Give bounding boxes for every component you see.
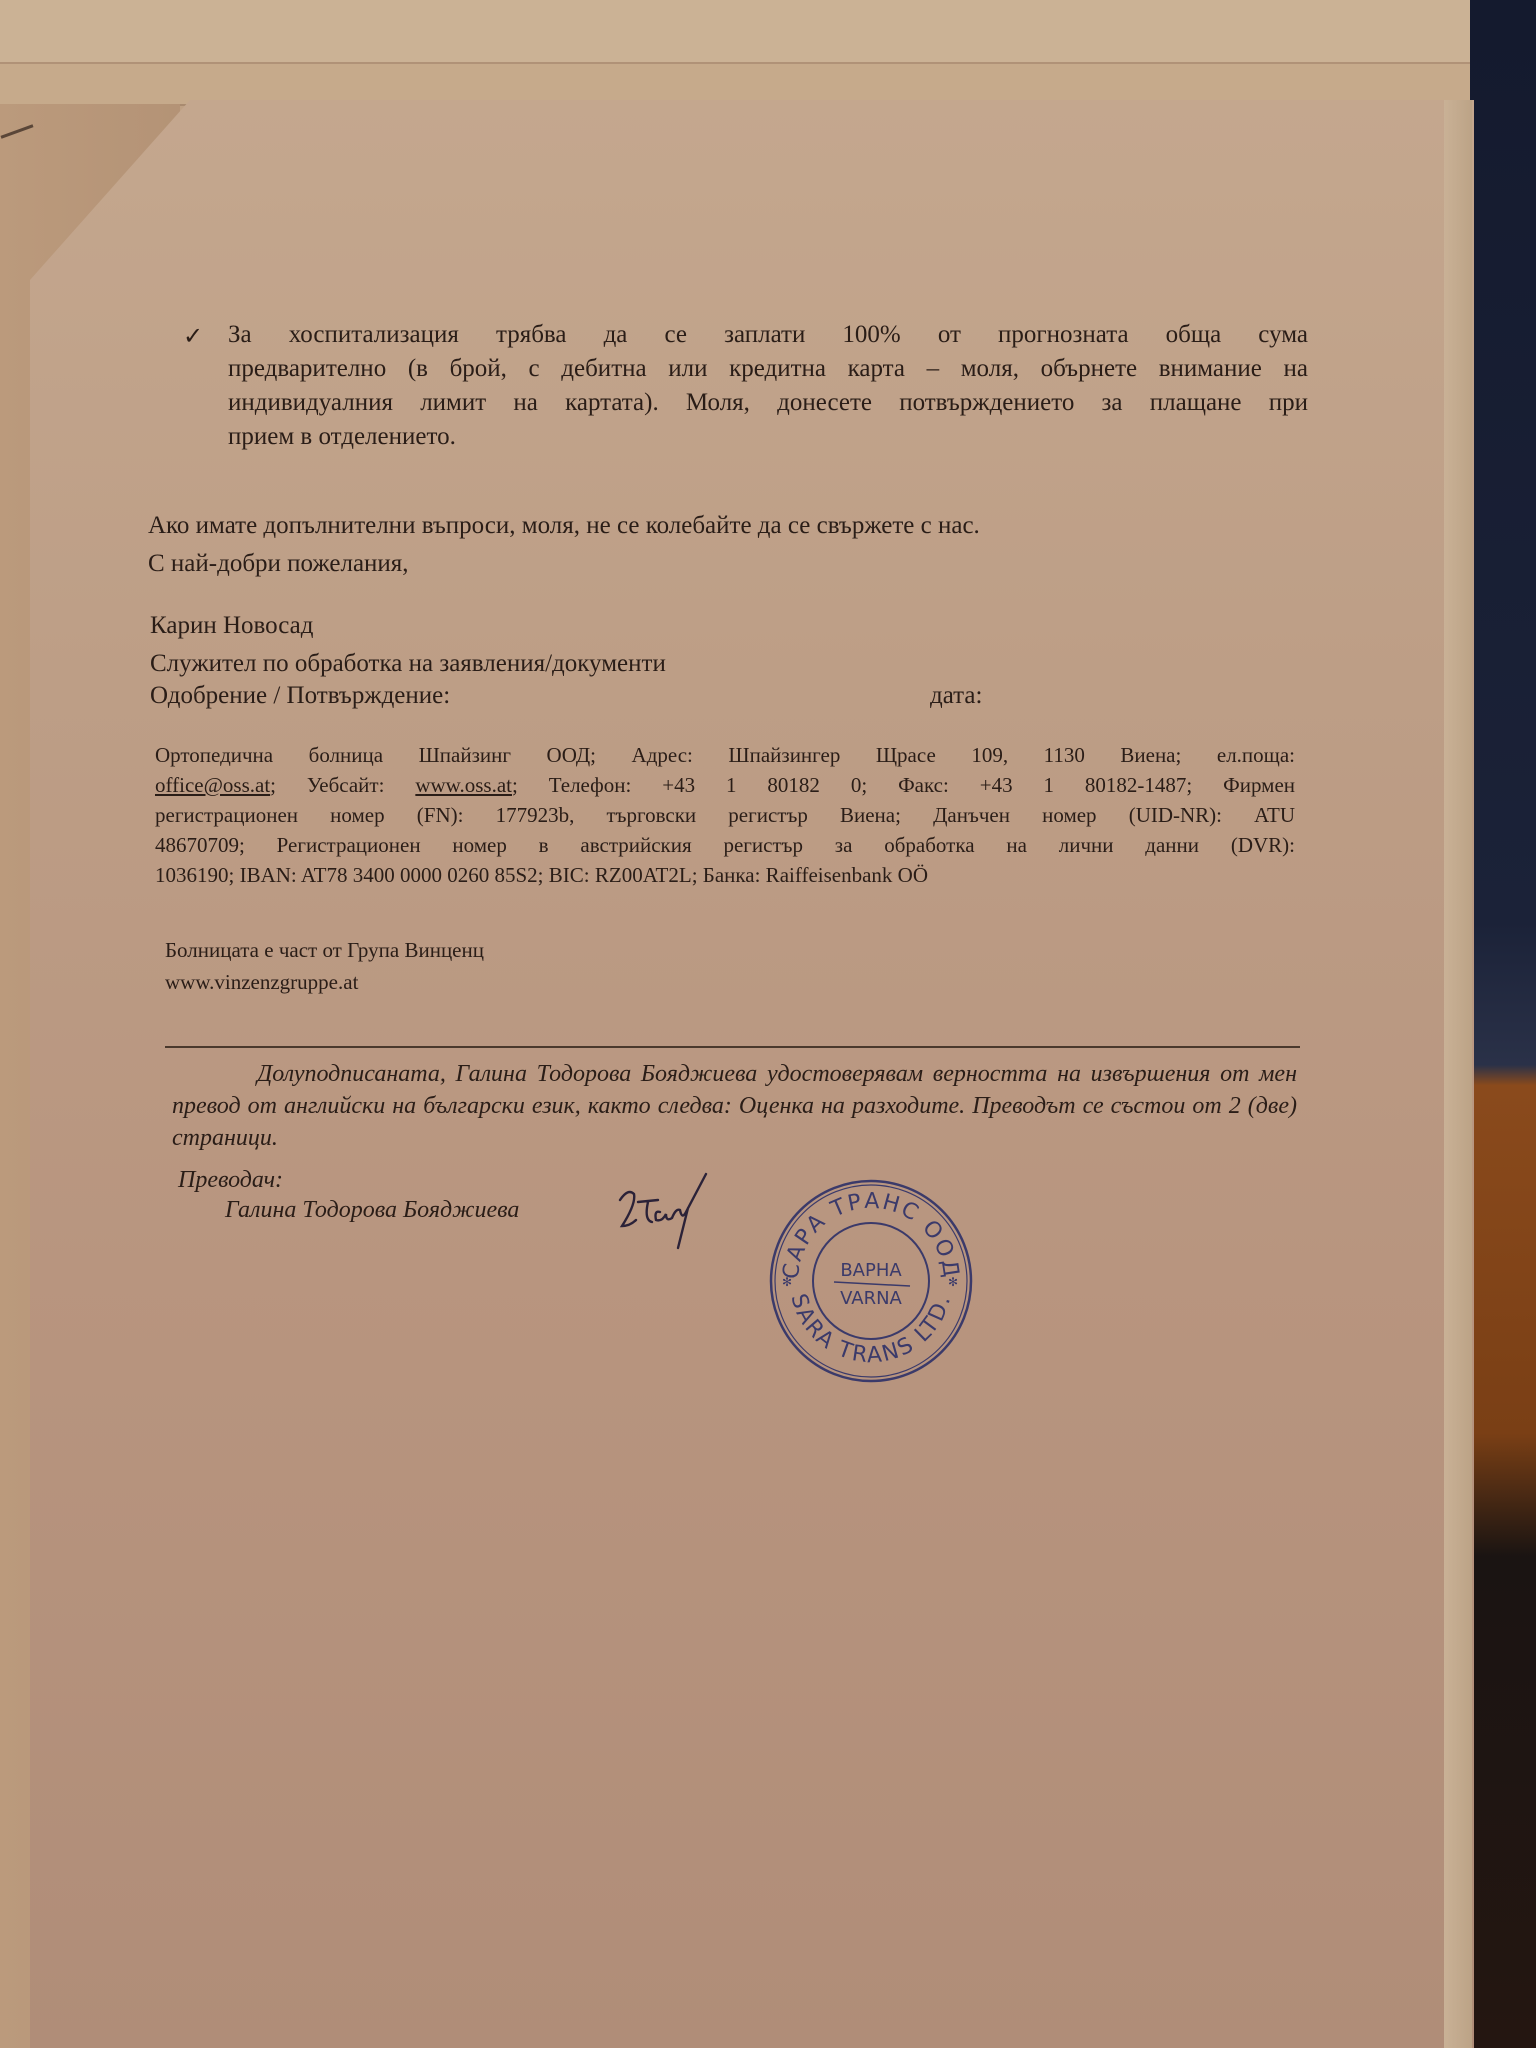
bullet-paragraph: За хоспитализация трябва да се заплати 1… — [228, 318, 1308, 454]
certification-text: Долуподписаната, Галина Тодорова Бояджие… — [172, 1061, 1297, 1151]
website-label: ; Уебсайт: — [270, 773, 415, 797]
translator-label: Преводач: — [178, 1164, 283, 1196]
signature — [600, 1160, 720, 1250]
company-stamp: САРА ТРАНС ООД SARA TRANS LTD. ✻ ✻ ВАРНА… — [768, 1178, 974, 1384]
signatory-name: Карин Новосад — [150, 610, 313, 642]
translator-certification: Долуподписаната, Галина Тодорова Бояджие… — [172, 1058, 1297, 1154]
stamp-star-icon: ✻ — [782, 1275, 792, 1289]
stamp-inner-top: ВАРНА — [840, 1260, 902, 1281]
document-content: ✓ За хоспитализация трябва да се заплати… — [0, 0, 1536, 2048]
group-text: Болницата е част от Група Винценц — [165, 934, 484, 966]
footer-line: Ортопедична болница Шпайзинг ООД; Адрес:… — [155, 740, 1295, 770]
closing-regards: С най-добри пожелания, — [148, 548, 409, 580]
paragraph-line: прием в отделението. — [228, 420, 1308, 454]
divider — [165, 1046, 1300, 1048]
footer-line: 48670709; Регистрационен номер в австрий… — [155, 830, 1295, 860]
closing-questions: Ако имате допълнителни въпроси, моля, не… — [148, 510, 980, 542]
paragraph-line: индивидуалния лимит на картата). Моля, д… — [228, 386, 1308, 420]
approval-label: Одобрение / Потвърждение: — [150, 680, 450, 712]
footer-line-2: office@oss.at; Уебсайт: www.oss.at; Теле… — [155, 770, 1295, 800]
stamp-star-icon: ✻ — [948, 1275, 958, 1289]
paragraph-line: За хоспитализация трябва да се заплати 1… — [228, 318, 1308, 352]
contact-details: ; Телефон: +43 1 80182 0; Факс: +43 1 80… — [512, 773, 1295, 797]
email-link[interactable]: office@oss.at — [155, 773, 270, 797]
signatory-title: Служител по обработка на заявления/докум… — [150, 648, 666, 680]
paragraph-line: предварително (в брой, с дебитна или кре… — [228, 352, 1308, 386]
group-website: www.vinzenzgruppe.at — [165, 966, 358, 998]
stamp-inner-bottom: VARNA — [840, 1288, 902, 1309]
checkmark-icon: ✓ — [183, 322, 203, 350]
translator-name: Галина Тодорова Бояджиева — [225, 1194, 519, 1226]
footer-line: регистрационен номер (FN): 177923b, търг… — [155, 800, 1295, 830]
company-footer: Ортопедична болница Шпайзинг ООД; Адрес:… — [155, 740, 1295, 890]
website-link[interactable]: www.oss.at — [415, 773, 512, 797]
date-label: дата: — [930, 680, 982, 712]
footer-line: 1036190; IBAN: AT78 3400 0000 0260 85S2;… — [155, 860, 1295, 890]
